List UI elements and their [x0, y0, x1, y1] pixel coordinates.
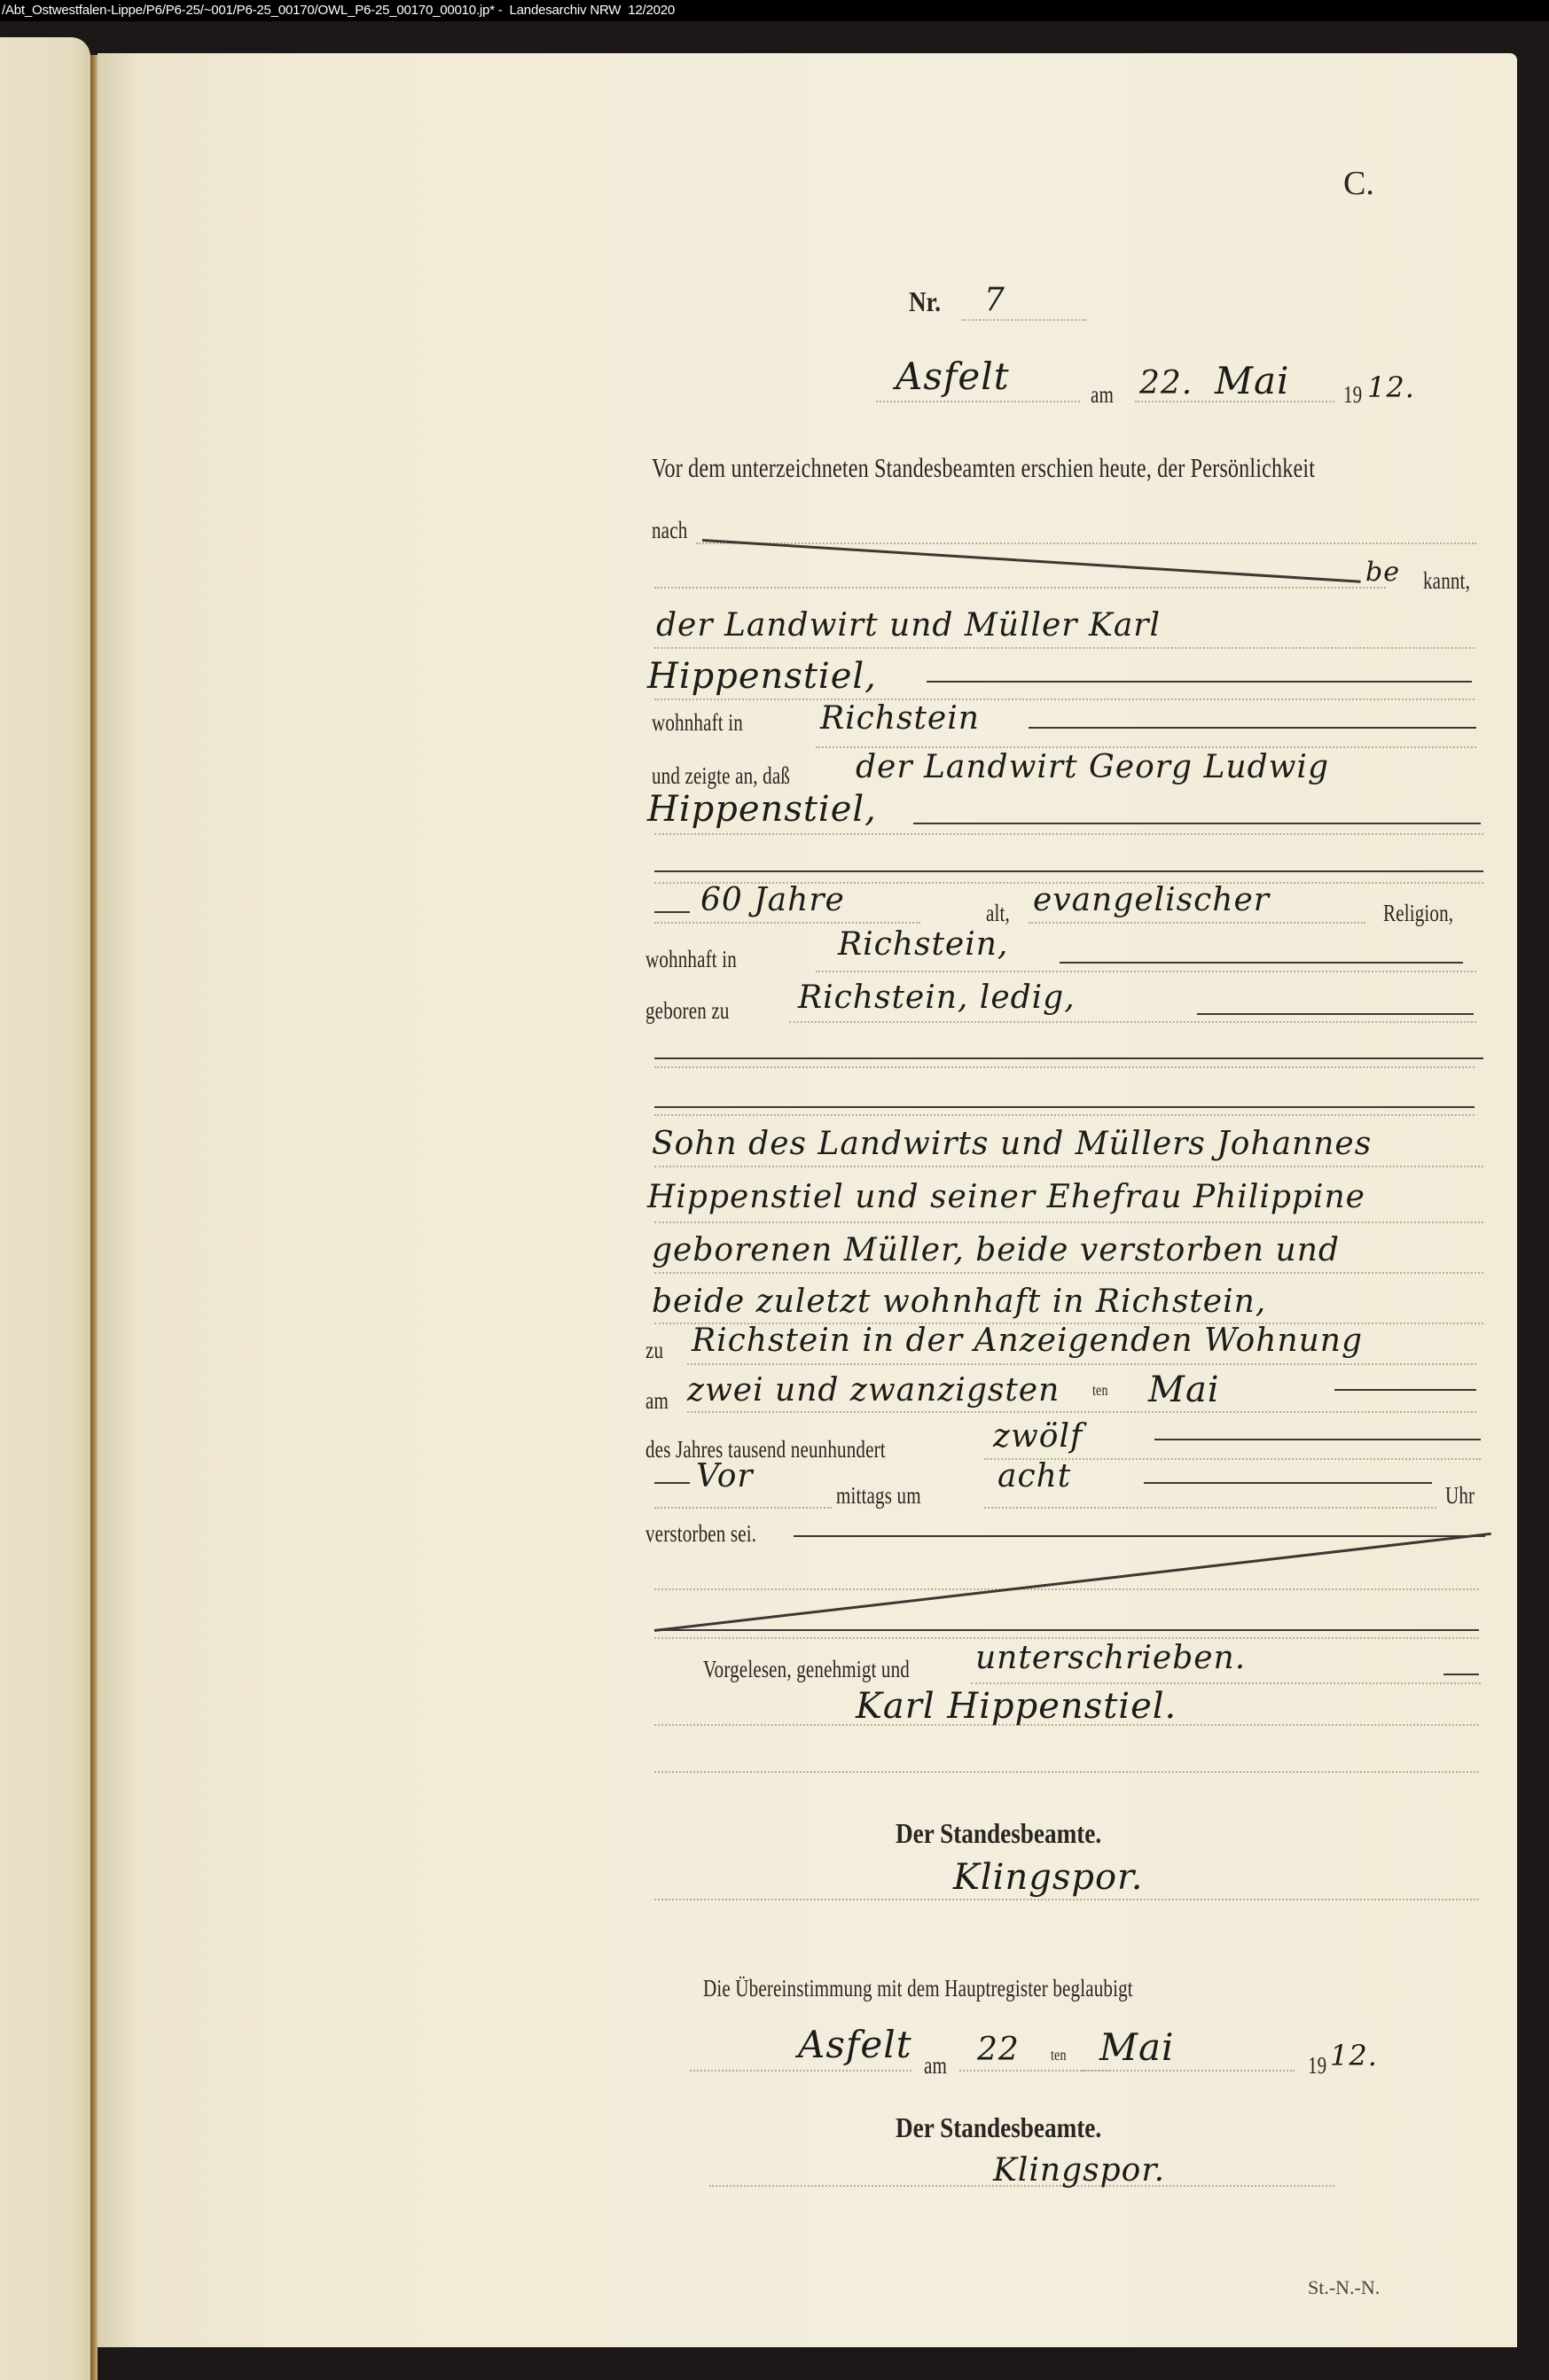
deceased-residence: Richstein, [838, 926, 1008, 963]
dotted-line [984, 1507, 1436, 1509]
registration-day: 22. [1139, 365, 1193, 402]
vorgelesen-written: unterschrieben. [975, 1640, 1246, 1676]
be-written: be [1365, 557, 1400, 588]
wohnhaft-label-2: wohnhaft in [645, 946, 737, 973]
strike-through-line [702, 539, 1361, 583]
fill-line [654, 1057, 1483, 1059]
fill-line [1144, 1482, 1432, 1484]
dotted-line [690, 2070, 911, 2072]
nach-label: nach [652, 517, 687, 544]
date-am-label: am [1091, 381, 1114, 409]
parents-line-4: beide zuletzt wohnhaft in Richstein, [652, 1284, 1266, 1320]
book-gutter [90, 55, 98, 2380]
record-number: 7 [984, 282, 1005, 318]
register-page: C. Nr. 7 Asfelt am 22. Mai 19 12. Vor de… [98, 53, 1517, 2347]
death-month: Mai [1148, 1369, 1220, 1410]
age-value: 60 Jahre [700, 882, 845, 918]
wohnhaft-label: wohnhaft in [652, 709, 743, 737]
dotted-line [654, 647, 1475, 649]
certification-line: Die Übereinstimmung mit dem Hauptregiste… [703, 1975, 1133, 2002]
fill-line [794, 1535, 1485, 1537]
informant-line-2: Hippenstiel, [647, 656, 877, 697]
birthplace: Richstein, ledig, [798, 979, 1076, 1016]
dotted-line [971, 1682, 1481, 1684]
dotted-line [876, 401, 1080, 402]
dotted-line [654, 1166, 1483, 1167]
fill-line [654, 870, 1483, 872]
religion-value: evangelischer [1033, 882, 1270, 918]
religion-label: Religion, [1383, 900, 1453, 927]
alt-label: alt, [986, 900, 1010, 927]
fill-line [654, 1106, 1475, 1108]
ten-label: ten [1092, 1381, 1108, 1400]
cert-am-label: am [924, 2052, 947, 2080]
uhr-label: Uhr [1445, 1482, 1475, 1510]
window-title-bar: /Abt_Ostwestfalen-Lippe/P6/P6-25/~001/P6… [0, 0, 1549, 21]
strike-through-line [654, 1533, 1491, 1632]
number-label: Nr. [909, 285, 941, 318]
cert-ten-label: ten [1051, 2046, 1067, 2064]
dotted-line [654, 1771, 1479, 1773]
dotted-line [654, 1272, 1483, 1274]
registrar-signature-2: Klingspor. [993, 2152, 1165, 2189]
registration-month: Mai [1215, 359, 1289, 402]
fill-line [1443, 1674, 1479, 1675]
fill-line [927, 681, 1472, 683]
parents-line-1: Sohn des Landwirts und Müllers Johannes [652, 1126, 1372, 1162]
year-written: 12. [1367, 371, 1415, 404]
cert-month: Mai [1099, 2025, 1174, 2069]
am-label: am [645, 1387, 669, 1415]
fill-line [654, 1482, 690, 1484]
dotted-line [654, 1066, 1475, 1068]
informant-residence: Richstein [820, 700, 980, 737]
form-letter: C. [1343, 164, 1374, 203]
vor-written: Vor [696, 1458, 754, 1494]
footer-code: St.-N.-N. [1308, 2276, 1380, 2299]
dotted-line [696, 542, 1476, 544]
fill-line [654, 911, 690, 913]
cert-year-printed: 19 [1308, 2052, 1326, 2080]
dotted-line [789, 1021, 1476, 1023]
registrar-signature: Klingspor. [953, 1857, 1144, 1898]
dotted-line [962, 319, 1086, 321]
fill-line [1154, 1439, 1481, 1440]
dotted-line [654, 1637, 1479, 1639]
dotted-line [654, 1507, 832, 1509]
cert-year-written: 12. [1330, 2039, 1378, 2072]
parents-line-2: Hippenstiel und seiner Ehefrau Philippin… [647, 1179, 1365, 1215]
mittags-label: mittags um [836, 1482, 921, 1510]
informant-line-1: der Landwirt und Müller Karl [656, 607, 1161, 644]
year-printed: 19 [1343, 381, 1362, 409]
dotted-line [654, 1899, 1479, 1900]
dotted-line [816, 971, 1476, 972]
fill-line [654, 1629, 1479, 1631]
dotted-line [1029, 922, 1365, 924]
registration-place: Asfelt [896, 355, 1010, 398]
dotted-line [654, 833, 1483, 835]
cert-place: Asfelt [798, 2023, 912, 2066]
registrar-heading-2: Der Standesbeamte. [896, 2111, 1101, 2144]
zeigte-label: und zeigte an, daß [652, 762, 790, 790]
deceased-line-2: Hippenstiel, [647, 789, 877, 830]
dotted-line [816, 746, 1476, 748]
parents-line-3: geborenen Müller, beide verstorben und [652, 1232, 1340, 1268]
dotted-line [654, 1221, 1483, 1223]
left-page [0, 37, 90, 2380]
zu-label: zu [645, 1337, 663, 1364]
dotted-line [654, 1588, 1479, 1590]
registrar-heading: Der Standesbeamte. [896, 1817, 1101, 1850]
vorgelesen-label: Vorgelesen, genehmigt und [703, 1656, 910, 1683]
verstorben-label: verstorben sei. [645, 1520, 756, 1548]
fill-line [1334, 1389, 1476, 1391]
death-day: zwei und zwanzigsten [687, 1372, 1060, 1408]
cert-day: 22 [977, 2032, 1020, 2068]
dotted-line [654, 1114, 1475, 1116]
fill-line [1197, 1013, 1474, 1015]
informant-signature: Karl Hippenstiel. [856, 1686, 1177, 1727]
death-hour: acht [997, 1458, 1071, 1494]
kannt-label: kannt, [1423, 567, 1470, 595]
dotted-line [687, 1411, 1476, 1413]
deceased-line-1: der Landwirt Georg Ludwig [856, 749, 1329, 785]
dotted-line [654, 698, 1475, 700]
death-year: zwölf [993, 1418, 1083, 1455]
dotted-line [1082, 2070, 1295, 2072]
death-place: Richstein in der Anzeigenden Wohnung [692, 1323, 1363, 1359]
geboren-label: geboren zu [645, 997, 730, 1025]
intro-line: Vor dem unterzeichneten Standesbeamten e… [652, 452, 1315, 484]
dotted-line [654, 922, 920, 924]
fill-line [1029, 727, 1476, 729]
dotted-line [654, 587, 1386, 589]
dotted-line [687, 1363, 1476, 1365]
fill-line [1060, 962, 1463, 964]
fill-line [913, 823, 1481, 824]
jahres-label: des Jahres tausend neunhundert [645, 1436, 886, 1463]
